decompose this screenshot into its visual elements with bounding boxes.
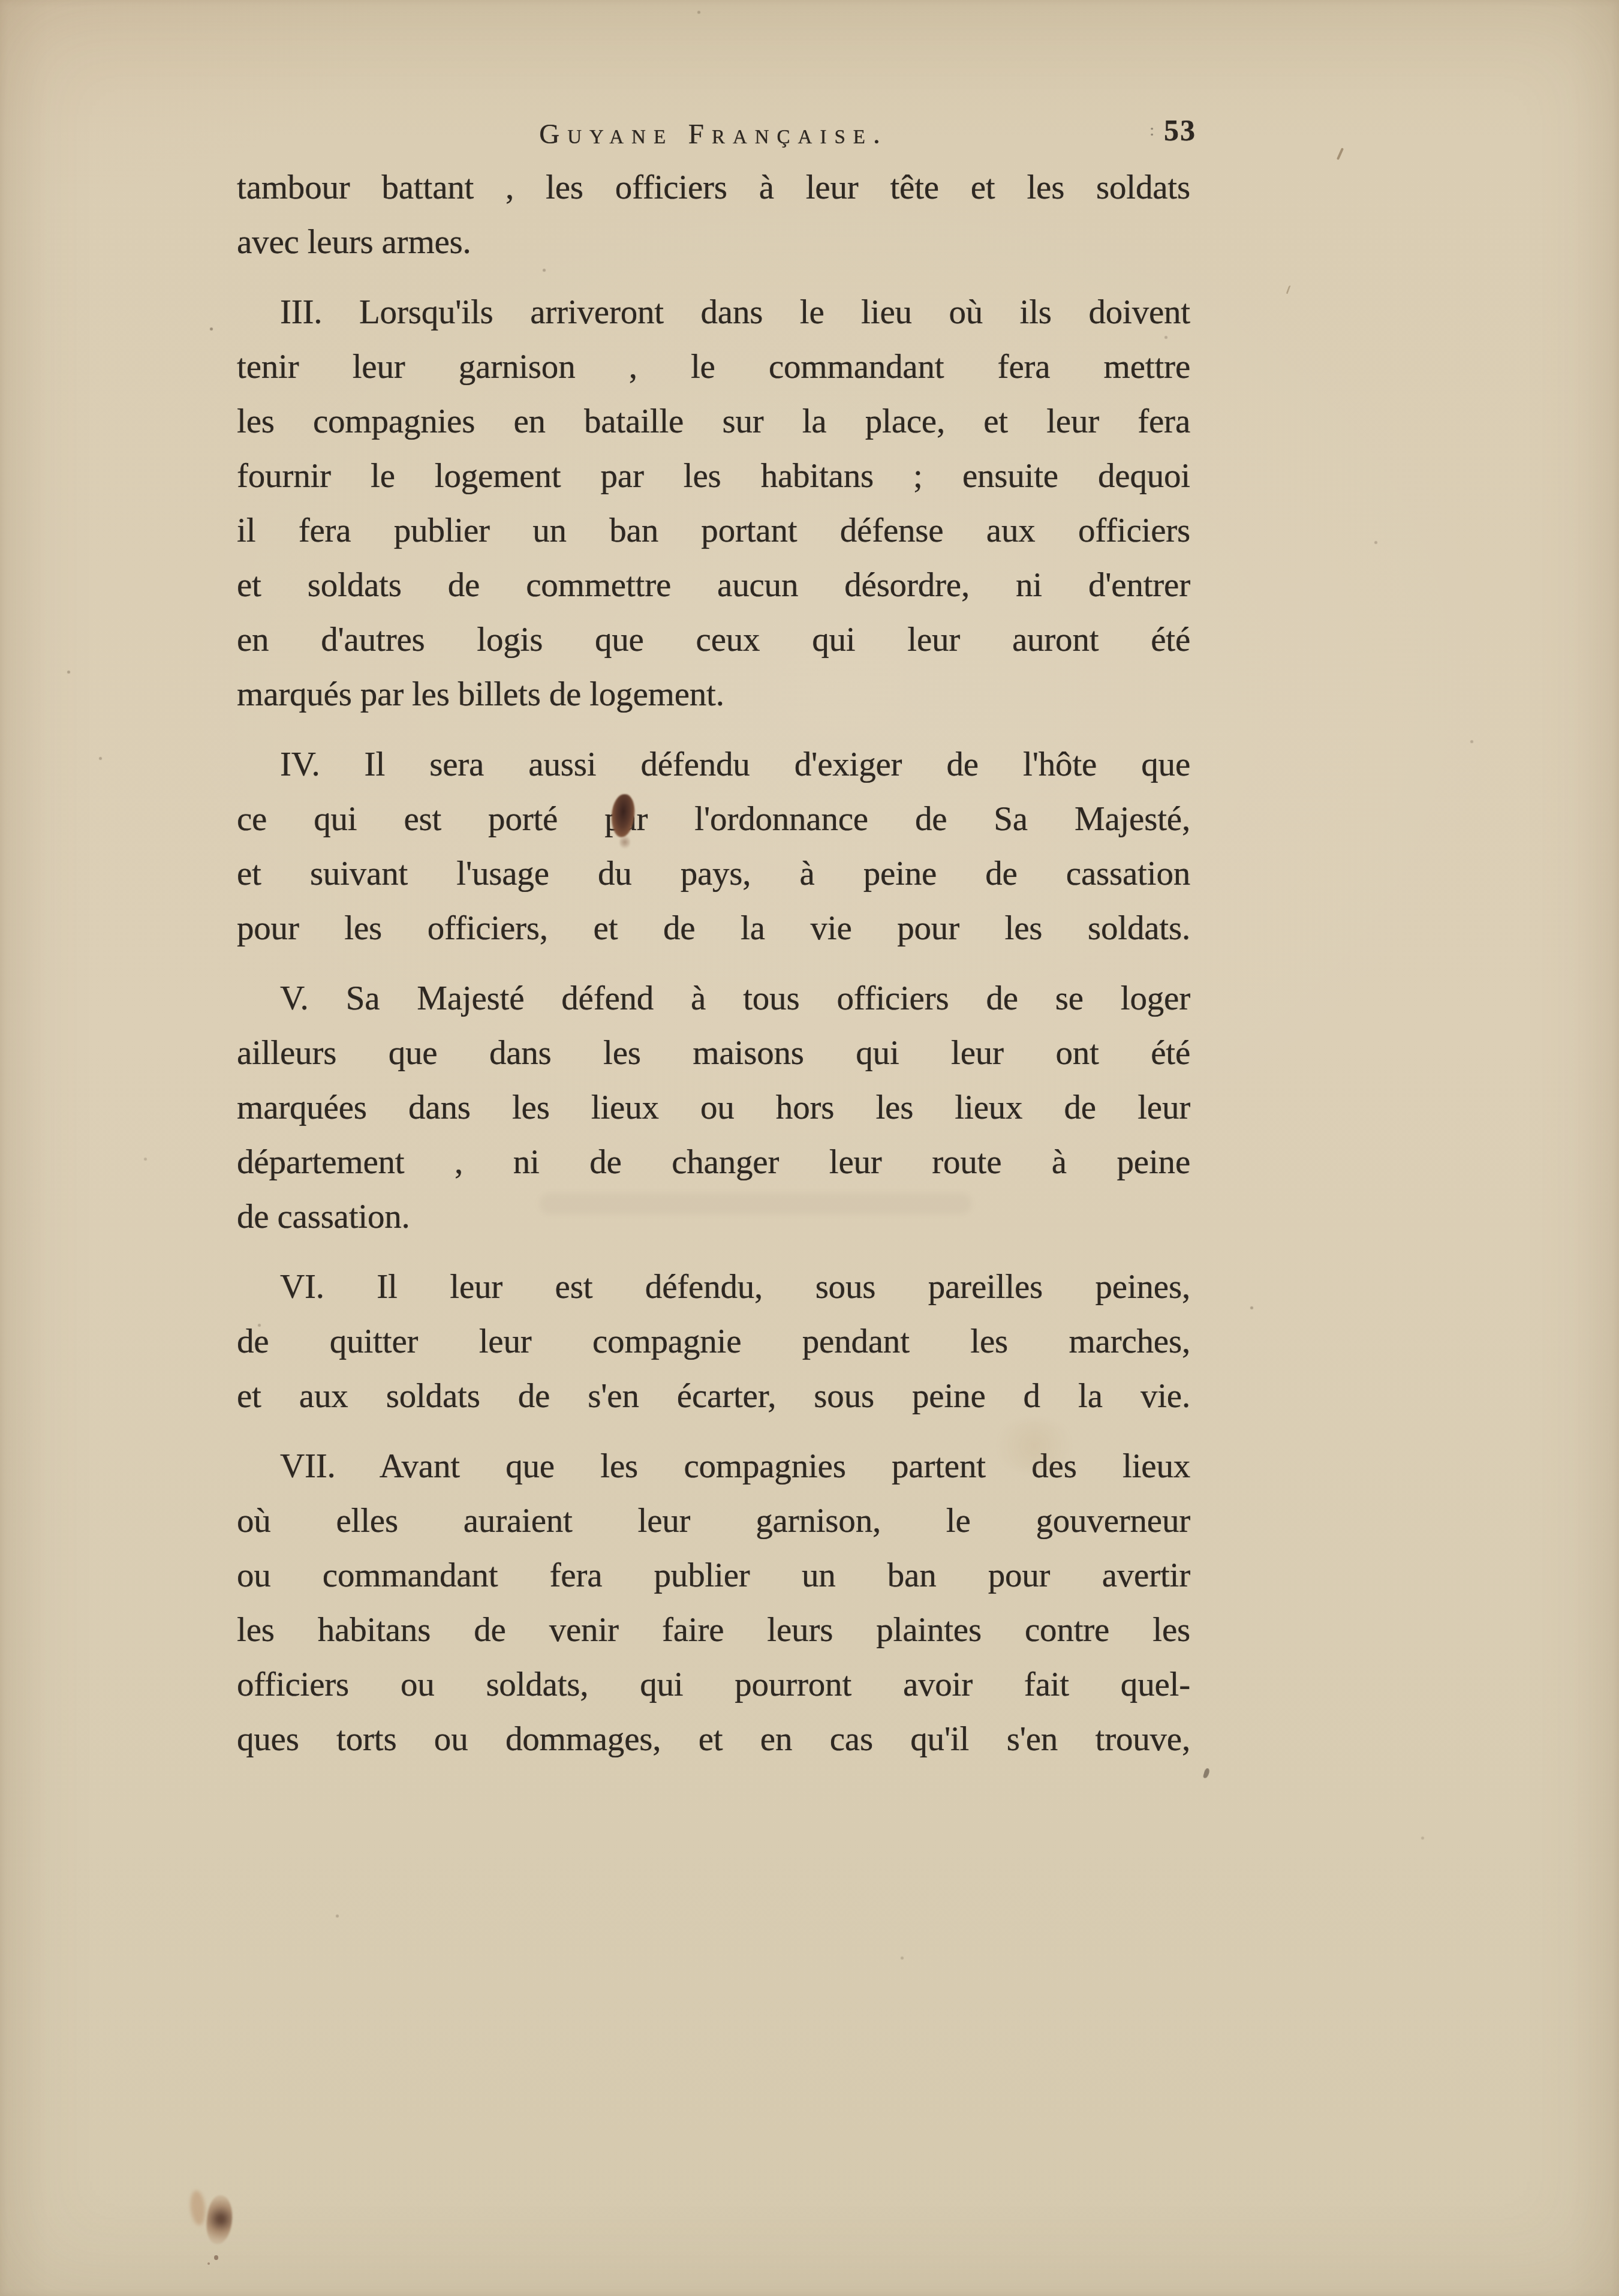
text-line: ailleurs que dans les maisons qui leur o…	[237, 1026, 1190, 1080]
paragraph-article-7: VII. Avant que les compagnies partent de…	[237, 1439, 1190, 1766]
paragraph-article-3: III. Lorsqu'ils arriveront dans le lieu …	[237, 285, 1190, 722]
text-line: VI. Il leur est défendu, sous pareilles …	[237, 1260, 1190, 1314]
text-line: pour les officiers, et de la vie pour le…	[237, 901, 1190, 955]
paragraph-article-4: IV. Il sera aussi défendu d'exiger de l'…	[237, 737, 1190, 955]
text-line: marqués par les billets de logement.	[237, 667, 1190, 722]
stray-comma-mark	[1203, 1768, 1210, 1779]
stray-slash-mark	[1337, 148, 1344, 160]
text-line: ou commandant fera publier un ban pour a…	[237, 1548, 1190, 1603]
text-line: en d'autres logis que ceux qui leur auro…	[237, 612, 1190, 667]
paragraph-article-6: VI. Il leur est défendu, sous pareilles …	[237, 1260, 1190, 1423]
text-line: département , ni de changer leur route à…	[237, 1135, 1190, 1189]
bottom-smudge-dark	[204, 2194, 235, 2246]
paper-speckles	[0, 0, 3, 3]
text-line: et soldats de commettre aucun désordre, …	[237, 558, 1190, 612]
paragraph-article-5: V. Sa Majesté défend à tous officiers de…	[237, 971, 1190, 1244]
text-line: les compagnies en bataille sur la place,…	[237, 394, 1190, 449]
page-number-value: 53	[1164, 113, 1196, 147]
text-line: VII. Avant que les compagnies partent de…	[237, 1439, 1190, 1493]
scanned-book-page: Guyane Française. :53 tambour battant , …	[0, 0, 1619, 2296]
text-block: tambour battant , les officiers à leur t…	[237, 160, 1190, 1766]
text-line: avec leurs armes.	[237, 215, 1190, 269]
text-line: de cassation.	[237, 1189, 1190, 1244]
text-line: il fera publier un ban portant défense a…	[237, 503, 1190, 558]
text-line: et aux soldats de s'en écarter, sous pei…	[237, 1369, 1190, 1423]
text-line: III. Lorsqu'ils arriveront dans le lieu …	[237, 285, 1190, 339]
text-line: tenir leur garnison , le commandant fera…	[237, 339, 1190, 394]
text-line: officiers ou soldats, qui pourront avoir…	[237, 1657, 1190, 1712]
text-line: et suivant l'usage du pays, à peine de c…	[237, 846, 1190, 901]
paragraph-continuation: tambour battant , les officiers à leur t…	[237, 160, 1190, 269]
text-line: où elles auraient leur garnison, le gouv…	[237, 1493, 1190, 1548]
text-line: V. Sa Majesté défend à tous officiers de…	[237, 971, 1190, 1026]
text-line: fournir le logement par les habitans ; e…	[237, 449, 1190, 503]
text-line: les habitans de venir faire leurs plaint…	[237, 1603, 1190, 1657]
page-number-mark: :	[1149, 121, 1155, 140]
bottom-smudge-light	[189, 2190, 207, 2226]
text-line: IV. Il sera aussi défendu d'exiger de l'…	[237, 737, 1190, 792]
running-head-title: Guyane Française.	[237, 115, 1190, 154]
smudge-dot	[214, 2255, 218, 2260]
text-line: tambour battant , les officiers à leur t…	[237, 160, 1190, 215]
page-number: :53	[1149, 113, 1196, 148]
text-line: marquées dans les lieux ou hors les lieu…	[237, 1080, 1190, 1135]
text-line: de quitter leur compagnie pendant les ma…	[237, 1314, 1190, 1369]
smudge-dot	[207, 2262, 210, 2265]
stray-angle-mark	[1286, 286, 1296, 294]
text-line: ce qui est porté par l'ordonnance de Sa …	[237, 792, 1190, 846]
text-line: ques torts ou dommages, et en cas qu'il …	[237, 1712, 1190, 1766]
